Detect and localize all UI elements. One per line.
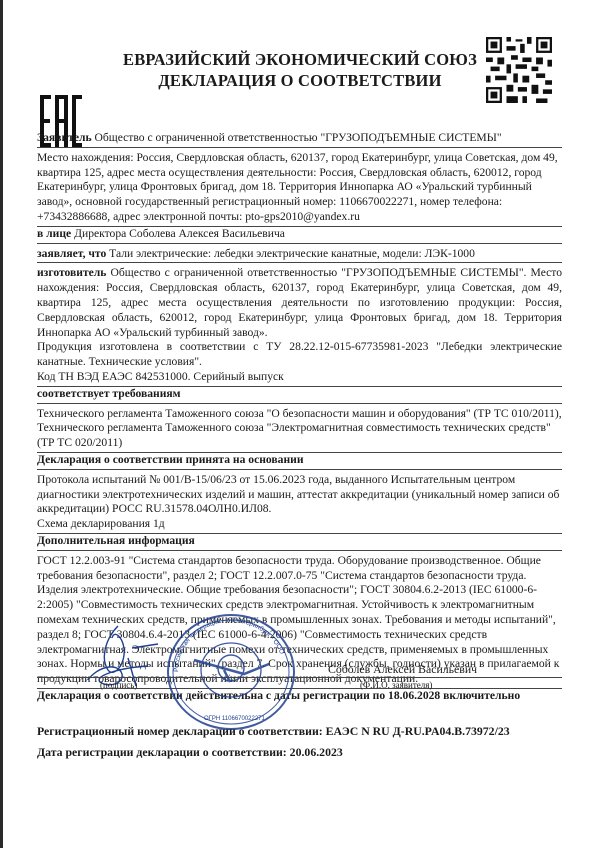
basis-value: Протокола испытаний № 001/В-15/06/23 от …	[37, 473, 562, 517]
svg-text:ОГРН 1106670022271: ОГРН 1106670022271	[204, 716, 266, 722]
qr-code-icon	[486, 37, 552, 103]
manufacturer-label: изготовитель	[37, 266, 106, 279]
represented-value: Директора Соболева Алексея Васильевича	[74, 227, 285, 240]
basis-label: Декларация о соответствии принята на осн…	[37, 453, 562, 470]
production-standard: Продукция изготовлена в соответствии с Т…	[37, 340, 562, 370]
scan-edge	[0, 0, 3, 848]
represented-row: в лице Директора Соболева Алексея Василь…	[37, 227, 562, 244]
manufacturer-value: Общество с ограниченной ответственностью…	[37, 266, 562, 338]
applicant-address: Место нахождения: Россия, Свердловская о…	[37, 151, 562, 227]
declaration-scheme: Схема декларирования 1д	[37, 517, 562, 534]
registration-date: Дата регистрации декларации о соответств…	[37, 745, 343, 760]
represented-label: в лице	[37, 227, 71, 240]
declares-label: заявляет, что	[37, 247, 106, 260]
applicant-label: Заявитель	[37, 131, 92, 144]
applicant-name: Общество с ограниченной ответственностью…	[95, 131, 502, 144]
hs-code: Код ТН ВЭД ЕАЭС 842531000. Серийный выпу…	[37, 370, 562, 387]
signatory-name: Соболев Алексей Васильевич	[328, 662, 477, 677]
declaration-page: ЕВРАЗИЙСКИЙ ЭКОНОМИЧЕСКИЙ СОЮЗ ДЕКЛАРАЦИ…	[0, 0, 600, 848]
registration-number: Регистрационный номер декларации о соотв…	[37, 724, 510, 739]
applicant-row: Заявитель Общество с ограниченной ответс…	[37, 131, 562, 148]
company-seal-stamp: Российская Федерация · г. Екатеринбург ·…	[164, 612, 298, 732]
additional-info-label: Дополнительная информация	[37, 534, 562, 551]
signature-line	[37, 677, 562, 678]
declares-value: Тали электрические: лебедки электрически…	[109, 247, 475, 260]
requirements-label: соответствует требованиям	[37, 387, 562, 404]
declares-row: заявляет, что Тали электрические: лебедк…	[37, 247, 562, 264]
manufacturer-row: изготовитель Общество с ограниченной отв…	[37, 266, 562, 340]
name-caption: (Ф.И.О. заявителя)	[360, 680, 432, 690]
signature-caption: (подпись)	[100, 680, 137, 690]
requirements-value: Технического регламента Таможенного союз…	[37, 407, 562, 453]
